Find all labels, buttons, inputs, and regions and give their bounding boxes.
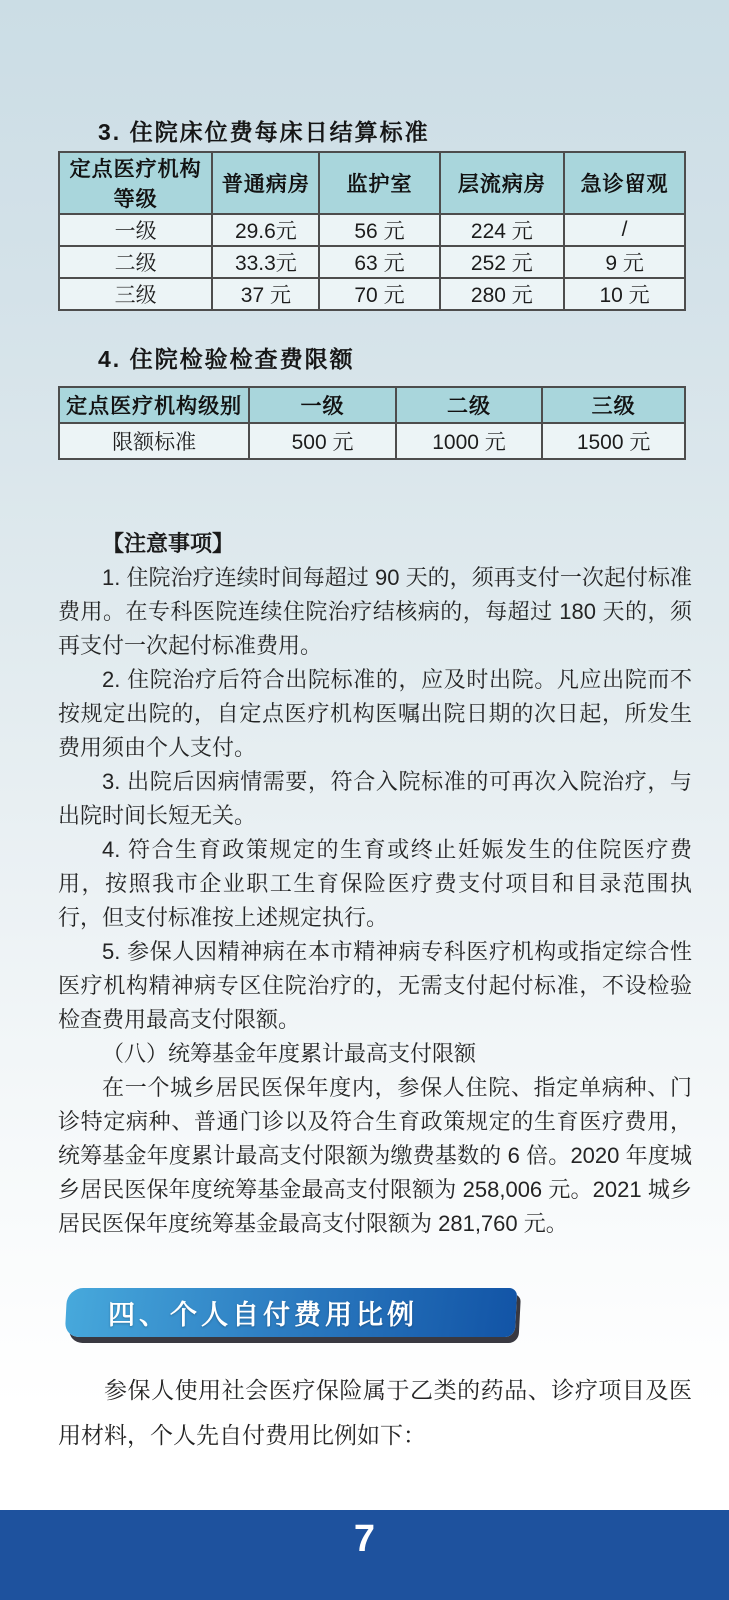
table-cell: 63 元	[319, 246, 439, 278]
self-pay-paragraph: 参保人使用社会医疗保险属于乙类的药品、诊疗项目及医用材料，个人先自付费用比例如下…	[58, 1368, 692, 1458]
table-cell: 37 元	[212, 278, 319, 310]
table-header-cell: 二级	[396, 387, 542, 423]
table-cell: 1000 元	[396, 423, 542, 459]
table-header-row: 定点医疗机构级别 一级 二级 三级	[59, 387, 685, 423]
table-cell: 56 元	[319, 214, 439, 246]
table-cell: 29.6元	[212, 214, 319, 246]
bed-fee-table: 定点医疗机构等级 普通病房 监护室 层流病房 急诊留观 一级 29.6元 56 …	[58, 151, 686, 311]
page-number: 7	[0, 1510, 729, 1558]
table-cell: 9 元	[564, 246, 685, 278]
table-header-cell: 一级	[249, 387, 395, 423]
table-row: 一级 29.6元 56 元 224 元 /	[59, 214, 685, 246]
self-pay-section-banner: 四、个人自付费用比例	[65, 1288, 518, 1337]
note-item: 4. 符合生育政策规定的生育或终止妊娠发生的住院医疗费用，按照我市企业职工生育保…	[58, 833, 692, 935]
table-header-cell: 普通病房	[212, 152, 319, 214]
banner-label: 四、个人自付费用比例	[66, 1293, 418, 1332]
table-header-cell: 急诊留观	[564, 152, 685, 214]
table-header-cell: 监护室	[319, 152, 439, 214]
table-cell: 1500 元	[542, 423, 685, 459]
table-cell: 33.3元	[212, 246, 319, 278]
table-cell: 252 元	[440, 246, 565, 278]
exam-fee-table: 定点医疗机构级别 一级 二级 三级 限额标准 500 元 1000 元 1500…	[58, 386, 686, 460]
table-cell: 500 元	[249, 423, 395, 459]
table-cell: 224 元	[440, 214, 565, 246]
table-cell: 10 元	[564, 278, 685, 310]
table-header-cell: 三级	[542, 387, 685, 423]
table-header-cell: 定点医疗机构级别	[59, 387, 249, 423]
table-cell: 二级	[59, 246, 212, 278]
document-page: 3. 住院床位费每床日结算标准 定点医疗机构等级 普通病房 监护室 层流病房 急…	[0, 0, 729, 1600]
table-cell: 限额标准	[59, 423, 249, 459]
table-cell: /	[564, 214, 685, 246]
self-pay-intro: 参保人使用社会医疗保险属于乙类的药品、诊疗项目及医用材料，个人先自付费用比例如下…	[58, 1368, 692, 1458]
page-footer: 7	[0, 1510, 729, 1600]
table-row: 二级 33.3元 63 元 252 元 9 元	[59, 246, 685, 278]
table-header-cell: 层流病房	[440, 152, 565, 214]
table-header-cell: 定点医疗机构等级	[59, 152, 212, 214]
note-item: 1. 住院治疗连续时间每超过 90 天的，须再支付一次起付标准费用。在专科医院连…	[58, 561, 692, 663]
bed-fee-section-title: 3. 住院床位费每床日结算标准	[98, 114, 430, 147]
pooling-limit-paragraph: 在一个城乡居民医保年度内，参保人住院、指定单病种、门诊特定病种、普通门诊以及符合…	[58, 1071, 692, 1241]
table-row: 三级 37 元 70 元 280 元 10 元	[59, 278, 685, 310]
table-cell: 一级	[59, 214, 212, 246]
note-item: 2. 住院治疗后符合出院标准的，应及时出院。凡应出院而不按规定出院的，自定点医疗…	[58, 663, 692, 765]
table-cell: 三级	[59, 278, 212, 310]
note-item: 5. 参保人因精神病在本市精神病专科医疗机构或指定综合性医疗机构精神病专区住院治…	[58, 935, 692, 1037]
exam-fee-section-title: 4. 住院检验检查费限额	[98, 341, 355, 374]
table-cell: 70 元	[319, 278, 439, 310]
note-item: 3. 出院后因病情需要，符合入院标准的可再次入院治疗，与出院时间长短无关。	[58, 765, 692, 833]
notes-heading: 【注意事项】	[58, 527, 692, 561]
table-cell: 280 元	[440, 278, 565, 310]
notes-block: 【注意事项】 1. 住院治疗连续时间每超过 90 天的，须再支付一次起付标准费用…	[58, 527, 692, 1241]
subsection-heading: （八）统筹基金年度累计最高支付限额	[58, 1037, 692, 1071]
table-header-row: 定点医疗机构等级 普通病房 监护室 层流病房 急诊留观	[59, 152, 685, 214]
table-row: 限额标准 500 元 1000 元 1500 元	[59, 423, 685, 459]
